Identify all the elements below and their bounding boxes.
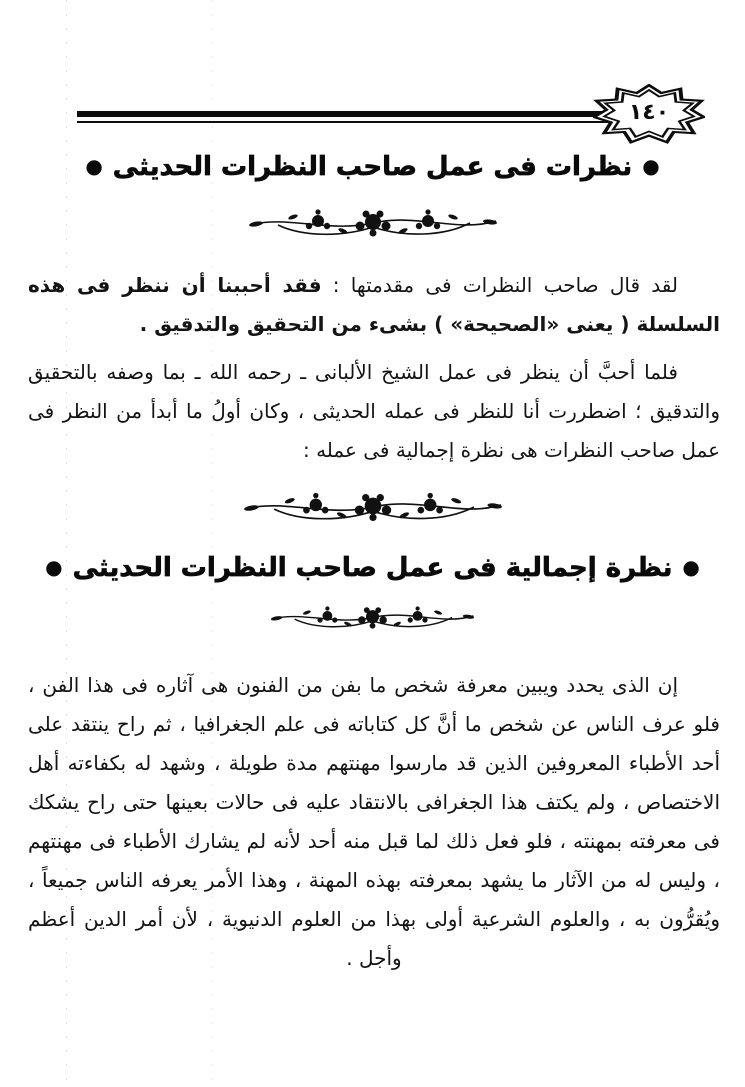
bullet-icon: ● bbox=[35, 555, 72, 579]
floral-divider bbox=[0, 486, 745, 528]
section-title-overview: ●نظرة إجمالية فى عمل صاحب النظرات الحديث… bbox=[0, 553, 745, 583]
bullet-icon: ● bbox=[672, 555, 709, 579]
floral-divider-icon bbox=[243, 486, 503, 528]
floral-divider bbox=[0, 203, 745, 243]
paragraph-response: فلما أحبَّ أن ينظر فى عمل الشيخ الألبانى… bbox=[28, 353, 720, 470]
book-page: { "page": { "number": "١٤٠", "ink_color"… bbox=[0, 0, 745, 1087]
bullet-icon: ● bbox=[632, 154, 669, 178]
page-header: ١٤٠ bbox=[0, 84, 745, 144]
page-number-badge: ١٤٠ bbox=[593, 84, 705, 144]
section-title-main-text: نظرات فى عمل صاحب النظرات الحديثى bbox=[113, 152, 632, 182]
floral-divider bbox=[0, 601, 745, 634]
bullet-icon: ● bbox=[75, 154, 112, 178]
section-title-main: ●نظرات فى عمل صاحب النظرات الحديثى● bbox=[0, 152, 745, 182]
page-number: ١٤٠ bbox=[593, 84, 705, 144]
floral-divider-icon bbox=[270, 601, 475, 634]
paragraph-intro-quote: لقد قال صاحب النظرات فى مقدمتها : فقد أح… bbox=[28, 266, 720, 344]
floral-divider-icon bbox=[248, 203, 498, 243]
paragraph-overview-body: إن الذى يحدد ويبين معرفة شخص ما بفن من ا… bbox=[28, 666, 720, 978]
quote-lead-text: لقد قال صاحب النظرات فى مقدمتها : bbox=[322, 273, 678, 297]
section-title-overview-text: نظرة إجمالية فى عمل صاحب النظرات الحديثى bbox=[73, 553, 673, 583]
header-double-rule bbox=[77, 111, 645, 123]
